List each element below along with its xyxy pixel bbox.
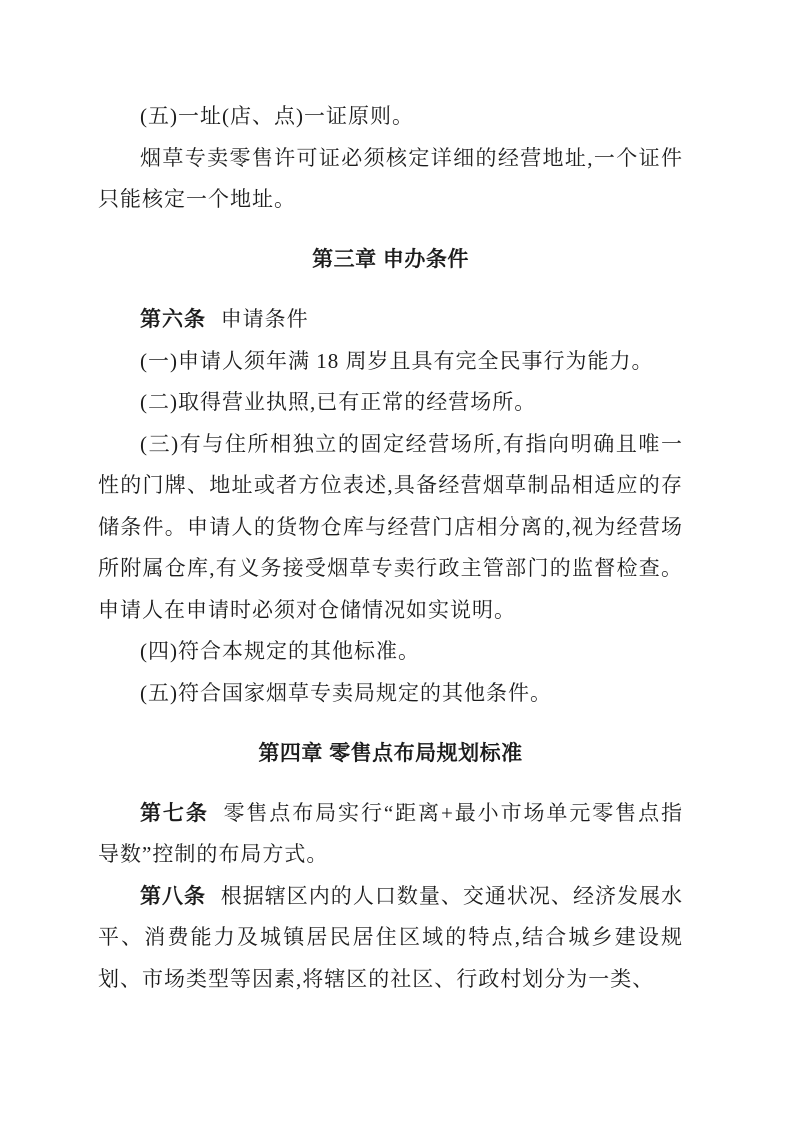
article-6-number: 第六条: [140, 308, 206, 331]
article-6-item-1: (一)申请人须年满 18 周岁且具有完全民事行为能力。: [98, 341, 683, 383]
clause-address-principle: (五)一址(店、点)一证原则。: [98, 96, 683, 138]
article-6-item-4: (四)符合本规定的其他标准。: [98, 631, 683, 673]
paragraph-license-address: 烟草专卖零售许可证必须核定详细的经营地址,一个证件只能核定一个地址。: [98, 138, 683, 221]
chapter-4-heading: 第四章 零售点布局规划标准: [98, 733, 683, 775]
article-7-number: 第七条: [140, 802, 209, 825]
article-6-text: 申请条件: [221, 307, 309, 331]
article-6: 第六条申请条件: [98, 299, 683, 341]
article-6-item-5: (五)符合国家烟草专卖局规定的其他条件。: [98, 673, 683, 715]
article-8: 第八条根据辖区内的人口数量、交通状况、经济发展水平、消费能力及城镇居民居住区域的…: [98, 876, 683, 1001]
article-8-number: 第八条: [140, 885, 206, 908]
article-6-item-2: (二)取得营业执照,已有正常的经营场所。: [98, 382, 683, 424]
document-page: (五)一址(店、点)一证原则。 烟草专卖零售许可证必须核定详细的经营地址,一个证…: [0, 0, 793, 1122]
article-7: 第七条零售点布局实行“距离+最小市场单元零售点指导数”控制的布局方式。: [98, 793, 683, 876]
article-6-item-3: (三)有与住所相独立的固定经营场所,有指向明确且唯一性的门牌、地址或者方位表述,…: [98, 424, 683, 632]
chapter-3-heading: 第三章 申办条件: [98, 239, 683, 281]
